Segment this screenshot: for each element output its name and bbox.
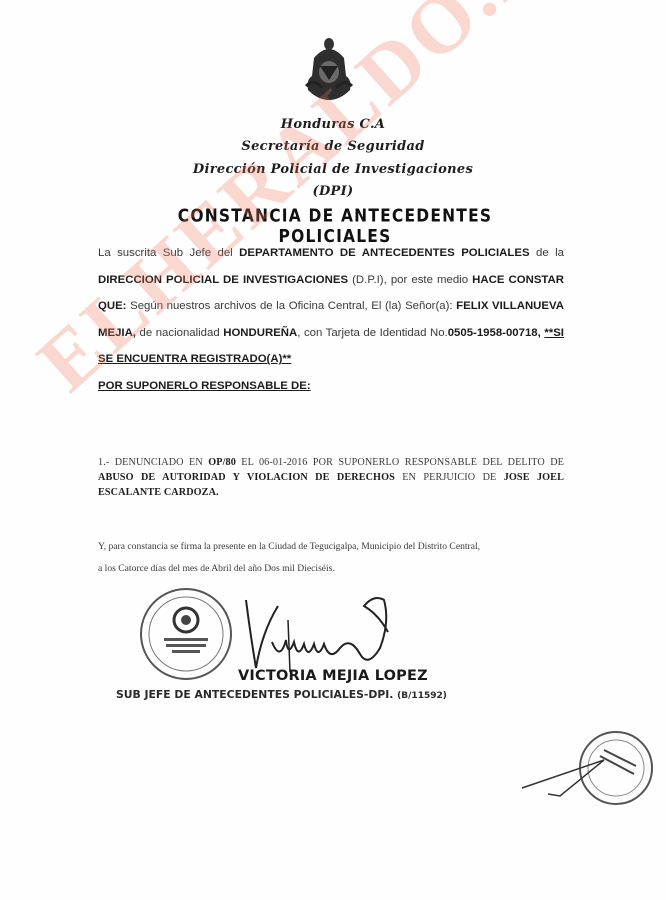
signer-title: SUB JEFE DE ANTECEDENTES POLICIALES-DPI.… [116, 688, 447, 701]
header-ministry: Secretaría de Seguridad [0, 139, 666, 154]
header-directorate: Dirección Policial de Investigaciones [0, 162, 666, 177]
official-seal-icon [138, 586, 234, 682]
closing-statement: Y, para constancia se firma la presente … [98, 536, 564, 580]
directorate-name: DIRECCION POLICIAL DE INVESTIGACIONES [98, 274, 348, 286]
signer-code: (B/11592) [397, 691, 447, 701]
coat-of-arms-icon [300, 36, 358, 104]
secondary-stamp-icon [518, 726, 658, 816]
closing-line: a los Catorce días del mes de Abril del … [98, 558, 564, 580]
charge-text: 1.- DENUNCIADO EN [98, 457, 208, 468]
body-text: , con Tarjeta de Identidad No. [297, 327, 447, 339]
signer-role: SUB JEFE DE ANTECEDENTES POLICIALES-DPI. [116, 688, 393, 701]
body-text: (D.P.I), por este medio [348, 274, 472, 286]
body-text: de la [530, 247, 564, 259]
closing-line: Y, para constancia se firma la presente … [98, 536, 564, 558]
header-country: Honduras C.A [0, 117, 666, 132]
certification-paragraph: La suscrita Sub Jefe del DEPARTAMENTO DE… [98, 240, 564, 400]
charge-record: 1.- DENUNCIADO EN OP/80 EL 06-01-2016 PO… [98, 455, 564, 500]
charge-crime: ABUSO DE AUTORIDAD Y VIOLACION DE DERECH… [98, 472, 395, 483]
signature-icon [228, 592, 408, 674]
charge-office: OP/80 [208, 457, 236, 468]
id-number: 0505-1958-00718, [448, 327, 541, 339]
header-acronym: (DPI) [0, 184, 666, 199]
body-text: Según nuestros archivos de la Oficina Ce… [126, 300, 456, 312]
nationality: HONDUREÑA [223, 327, 297, 339]
responsible-heading: POR SUPONERLO RESPONSABLE DE: [98, 373, 564, 400]
body-text: La suscrita Sub Jefe del [98, 247, 239, 259]
department-name: DEPARTAMENTO DE ANTECEDENTES POLICIALES [239, 247, 529, 259]
body-text: de nacionalidad [136, 327, 223, 339]
charge-text: EL 06-01-2016 POR SUPONERLO RESPONSABLE … [236, 457, 564, 468]
signer-name: VICTORIA MEJIA LOPEZ [238, 668, 428, 684]
charge-text: EN PERJUICIO DE [395, 472, 504, 483]
document-page: Honduras C.A Secretaría de Seguridad Dir… [0, 0, 666, 900]
